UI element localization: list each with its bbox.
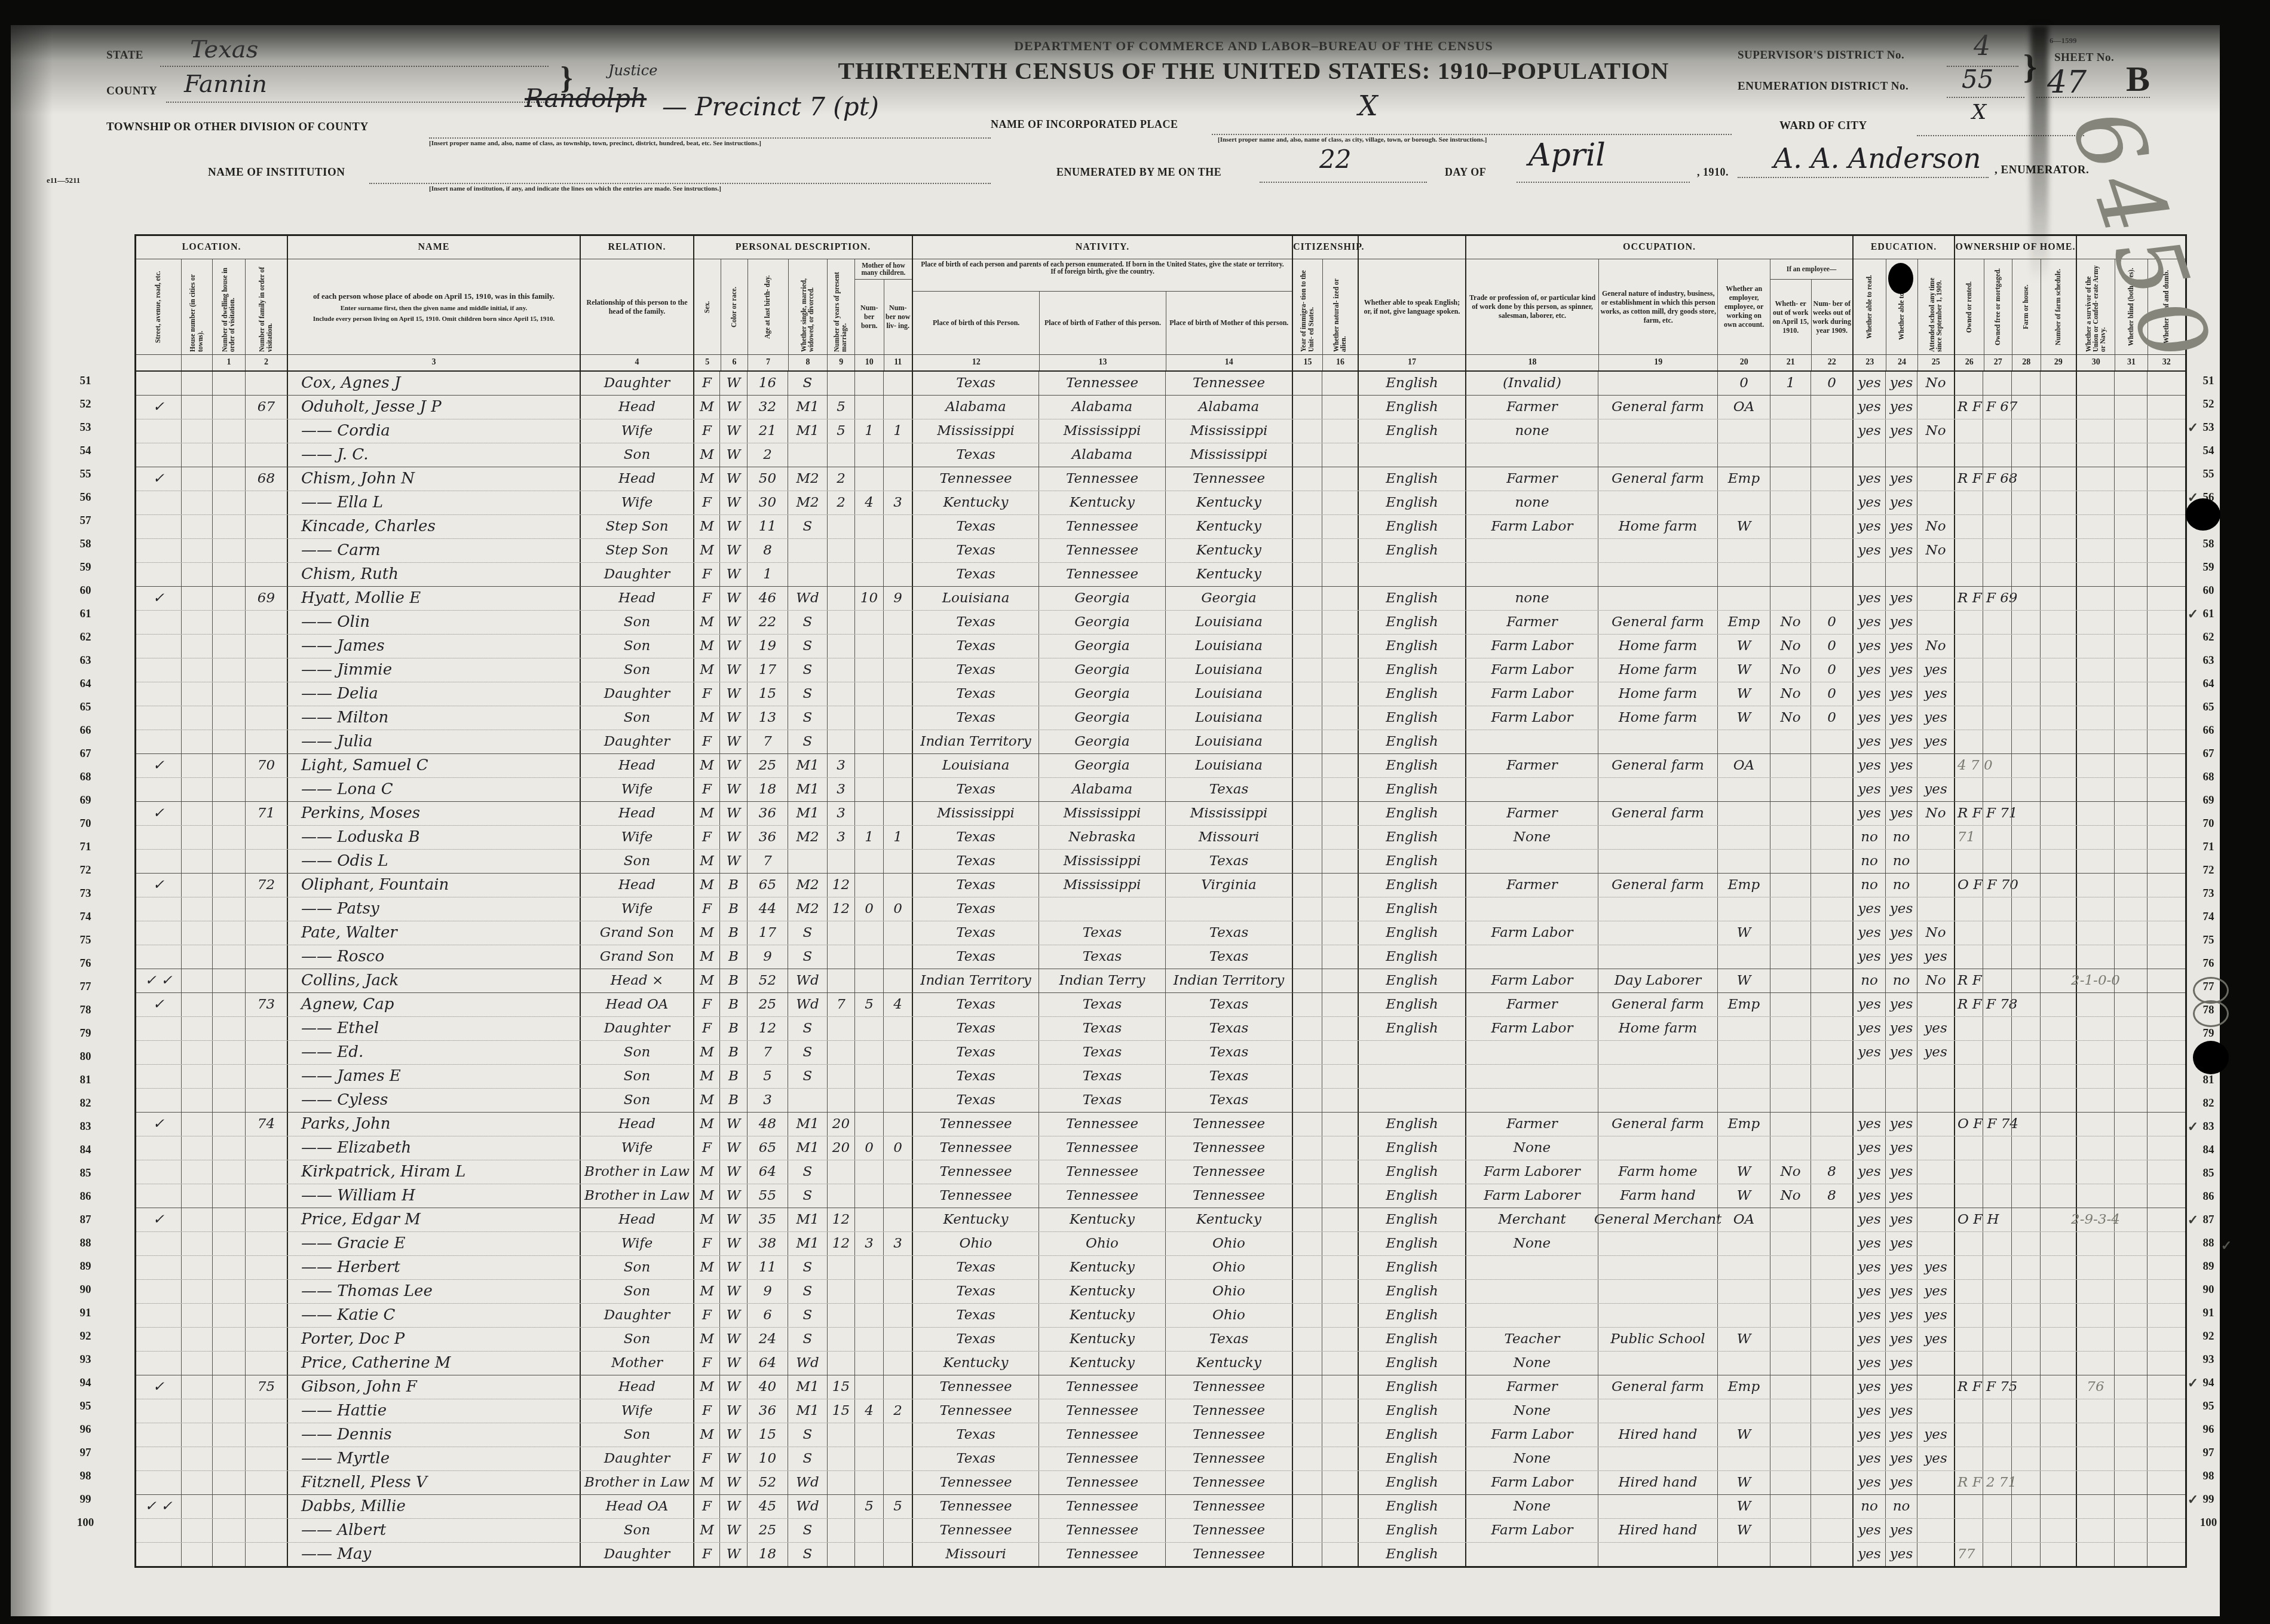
cell-yrs: 15 (827, 1399, 854, 1423)
entry-mar: M1 (796, 754, 819, 777)
cell-sched (2040, 1399, 2076, 1423)
entry-sex: F (702, 1543, 712, 1566)
cell-free (1983, 1543, 2011, 1566)
entry-rd: yes (1858, 587, 1880, 610)
enumerator-signature: A. A. Anderson (1773, 142, 1981, 174)
cell-blind (2114, 1375, 2147, 1399)
cell-street (136, 1328, 181, 1351)
entry-age: 64 (759, 1160, 776, 1184)
entry-color: W (727, 1136, 741, 1160)
cell-street (136, 921, 181, 945)
punch-hole (2186, 498, 2220, 531)
cell-street (136, 539, 181, 562)
cell-rd: yes (1852, 1399, 1885, 1423)
entry-out: No (1781, 682, 1801, 706)
cell-own: R F (1954, 969, 1983, 992)
line-number-right: 70 (2191, 812, 2226, 835)
cell-street (136, 1280, 181, 1303)
cell-imm (1292, 778, 1322, 801)
cell-sex: F (693, 1232, 719, 1255)
cell-sex: M (693, 1328, 719, 1351)
entry-bm: Texas (1209, 945, 1249, 969)
cell-free (1983, 897, 2011, 921)
cell-mar: M1 (788, 802, 827, 825)
group-title: CITIZENSHIP. (1293, 236, 1358, 259)
line-number-left: 67 (68, 742, 103, 765)
cell-cl (883, 515, 912, 538)
cell-out (1770, 874, 1811, 897)
cell-age: 52 (747, 1471, 788, 1494)
ed-label: ENUMERATION DISTRICT No. (1738, 80, 1908, 93)
entry-cl: 3 (893, 1232, 902, 1255)
entry-bf: Tennessee (1066, 1495, 1138, 1518)
cell-house (181, 1519, 212, 1542)
entry-bp: Texas (956, 1304, 995, 1327)
cell-own (1954, 1160, 1983, 1184)
cell-bm: Virginia (1165, 874, 1292, 897)
cell-rel: Son (580, 611, 693, 634)
cell-house (181, 1256, 212, 1279)
entry-name: Chism, John N (301, 467, 415, 491)
entry-bm: Texas (1209, 1328, 1249, 1351)
cell-age: 24 (747, 1328, 788, 1351)
cell-rd: yes (1852, 587, 1885, 610)
entry-name: —— Herbert (301, 1256, 400, 1279)
entry-color: B (728, 1089, 739, 1112)
cell-yrs (827, 1017, 854, 1040)
table-row-71: —— Odis LSonMW7TexasMississippiTexasEngl… (136, 850, 2185, 874)
cell-sch: No (1917, 419, 1954, 443)
entry-emp: W (1737, 921, 1751, 945)
cell-lang: English (1358, 1495, 1465, 1518)
cell-rel: Son (580, 658, 693, 682)
entry-bm: Louisiana (1195, 754, 1263, 777)
cell-mar: S (788, 682, 827, 706)
cell-mar: S (788, 1328, 827, 1351)
cell-house (181, 682, 212, 706)
cell-bp: Indian Territory (912, 969, 1038, 992)
cell-rd: yes (1852, 491, 1885, 514)
cell-sex: F (693, 1399, 719, 1423)
entry-age: 9 (763, 1280, 772, 1303)
entry-sch: yes (1924, 778, 1947, 801)
cell-occ: Farmer (1465, 1113, 1598, 1136)
line-number-left: 71 (68, 835, 103, 859)
entry-bm: Indian Territory (1174, 969, 1284, 992)
entry-rd: yes (1858, 1399, 1880, 1423)
entry-sch: No (1926, 969, 1946, 992)
line-number-right: 73 (2191, 882, 2226, 905)
cell-own (1954, 730, 1983, 753)
entry-bm: Texas (1209, 1041, 1249, 1064)
cell-ind: Home farm (1598, 706, 1717, 730)
entry-wr: yes (1890, 778, 1913, 801)
cell-dwell (212, 419, 245, 443)
cell-blind (2114, 1065, 2147, 1088)
column-number-imm: 15 (1293, 354, 1322, 370)
cell-fh (2011, 754, 2040, 777)
entry-cl: 1 (893, 419, 902, 443)
cell-imm (1292, 969, 1322, 992)
cell-ind (1598, 1447, 1717, 1470)
entry-rd: yes (1858, 1447, 1880, 1470)
cell-cl: 3 (883, 1232, 912, 1255)
cell-dwell (212, 372, 245, 395)
entry-bf: Tennessee (1066, 372, 1138, 395)
cell-own (1954, 635, 1983, 658)
cell-blind (2114, 419, 2147, 443)
cell-cb (854, 611, 883, 634)
entry-occ: None (1514, 1399, 1551, 1423)
line-number-right: 96 (2191, 1418, 2226, 1441)
line-number-right: 54 (2191, 439, 2226, 462)
table-row-68: —— Lona CWifeFW18M13TexasAlabamaTexasEng… (136, 778, 2185, 802)
column-number-wks: 22 (1812, 354, 1853, 370)
cell-name: —— Ella L (287, 491, 580, 514)
cell-house (181, 706, 212, 730)
entry-bm: Tennessee (1193, 1375, 1265, 1399)
entry-name: Fitznell, Pless V (301, 1471, 427, 1494)
cell-ind (1598, 443, 1717, 467)
cell-color: B (719, 1017, 747, 1040)
entry-sex: M (700, 802, 714, 825)
entry-sex: M (700, 969, 714, 992)
table-row-55: ✓68Chism, John NHeadMW50M22TennesseeTenn… (136, 467, 2185, 491)
cell-age: 7 (747, 730, 788, 753)
cell-house (181, 1328, 212, 1351)
entry-mar: S (803, 1519, 813, 1542)
cell-lang: English (1358, 1160, 1465, 1184)
cell-mar: S (788, 372, 827, 395)
cell-sched (2040, 539, 2076, 562)
entry-name: —— Loduska B (301, 826, 420, 849)
entry-bf: Alabama (1072, 443, 1133, 467)
cell-age: 18 (747, 1543, 788, 1566)
cell-bf: Tennessee (1038, 372, 1165, 395)
table-row-92: Price, Catherine MMotherFW64WdKentuckyKe… (136, 1352, 2185, 1375)
cell-sched (2040, 467, 2076, 491)
cell-occ: Farm Labor (1465, 1017, 1598, 1040)
cell-free (1983, 1423, 2011, 1447)
entry-wr: yes (1890, 419, 1913, 443)
cell-cb: 4 (854, 491, 883, 514)
column-label-bf: Place of birth of Father of this person. (1040, 292, 1165, 354)
cell-occ: Farmer (1465, 611, 1598, 634)
entry-rd: yes (1858, 1208, 1880, 1231)
entry-rel: Son (624, 635, 650, 658)
cell-bf: Texas (1038, 1041, 1165, 1064)
cell-bm: Kentucky (1165, 563, 1292, 586)
cell-bm: Tennessee (1165, 1423, 1292, 1447)
entry-bm: Tennessee (1193, 1495, 1265, 1518)
county-value: Fannin (184, 71, 267, 98)
column-header-rel: Relationship of this person to the head … (581, 259, 693, 370)
line-number-left: 55 (68, 462, 103, 486)
cell-lang: English (1358, 1017, 1465, 1040)
cell-ind (1598, 1280, 1717, 1303)
cell-street: ✓ ✓ (136, 969, 181, 992)
cell-name: —— Rosco (287, 945, 580, 969)
cell-nat (1322, 1184, 1358, 1208)
cell-yrs: 3 (827, 802, 854, 825)
entry-sch: No (1926, 515, 1946, 538)
entry-sch: yes (1924, 1423, 1947, 1447)
column-header-fam: Number of family in order of visitation.… (245, 259, 287, 370)
cell-name: —— Odis L (287, 850, 580, 873)
cell-dwell (212, 539, 245, 562)
cell-dwell (212, 515, 245, 538)
entry-yrs: 3 (837, 802, 845, 825)
cell-imm (1292, 1304, 1322, 1327)
cell-occ (1465, 1256, 1598, 1279)
entry-rel: Mother (611, 1352, 663, 1375)
place-label: NAME OF INCORPORATED PLACE (991, 118, 1178, 131)
cell-nat (1322, 730, 1358, 753)
cell-yrs (827, 850, 854, 873)
cell-fam (245, 1352, 287, 1375)
cell-sch (1917, 1065, 1954, 1088)
entry-lang: English (1386, 658, 1438, 682)
cell-imm (1292, 826, 1322, 849)
entry-rel: Daughter (604, 1543, 670, 1566)
cell-sched (2040, 921, 2076, 945)
cell-deaf (2147, 802, 2185, 825)
cell-free (1983, 1017, 2011, 1040)
cell-nat (1322, 1543, 1358, 1566)
entry-rel: Step Son (605, 515, 668, 538)
cell-fam: 67 (245, 396, 287, 419)
cell-wr: yes (1885, 1304, 1917, 1327)
cell-occ: Farm Labor (1465, 658, 1598, 682)
cell-wr: no (1885, 826, 1917, 849)
column-label-wks: Num- ber of weeks out of work during yea… (1812, 280, 1853, 354)
entry-name: Dabbs, Millie (301, 1495, 406, 1518)
cell-lang: English (1358, 897, 1465, 921)
entry-color: W (727, 1519, 741, 1542)
column-header-name: of each person whose place of abode on A… (288, 259, 580, 370)
cell-nat (1322, 897, 1358, 921)
entry-rd: yes (1858, 515, 1880, 538)
table-row-61: —— OlinSonMW22STexasGeorgiaLouisianaEngl… (136, 611, 2185, 635)
cell-wks (1811, 1495, 1852, 1518)
cell-ind: General farm (1598, 467, 1717, 491)
entry-bp: Louisiana (942, 587, 1010, 610)
cell-occ (1465, 850, 1598, 873)
cell-bp: Texas (912, 1328, 1038, 1351)
cell-sex: F (693, 826, 719, 849)
cell-name: Collins, Jack (287, 969, 580, 992)
entry-name: Hyatt, Mollie E (301, 587, 421, 610)
cell-rd: yes (1852, 396, 1885, 419)
cell-name: —— Julia (287, 730, 580, 753)
cell-color: B (719, 993, 747, 1016)
cell-bm: Texas (1165, 1041, 1292, 1064)
cell-bf: Alabama (1038, 396, 1165, 419)
cell-sch: yes (1917, 945, 1954, 969)
entry-wr: yes (1890, 897, 1913, 921)
cell-fam (245, 611, 287, 634)
cell-own (1954, 921, 1983, 945)
line-number-left: 51 (68, 369, 103, 393)
entry-cl: 4 (893, 993, 902, 1016)
cell-color: W (719, 1328, 747, 1351)
column-header-lang: Whether able to speak English; or, if no… (1359, 259, 1465, 370)
cell-age: 8 (747, 539, 788, 562)
entry-bf: Kentucky (1070, 1256, 1135, 1279)
entry-sex: M (700, 1208, 714, 1231)
entry-name: —— Cyless (301, 1089, 388, 1112)
cell-color: W (719, 1208, 747, 1231)
cell-bf: Georgia (1038, 730, 1165, 753)
cell-rd: yes (1852, 1184, 1885, 1208)
cell-occ: Farmer (1465, 993, 1598, 1016)
cell-bp: Texas (912, 826, 1038, 849)
cell-occ: Farm Labor (1465, 969, 1598, 992)
cell-lang: English (1358, 515, 1465, 538)
column-label-street: Street, avenue, road, etc. (136, 259, 181, 354)
entry-bm: Mississippi (1190, 802, 1268, 825)
entry-name: —— Odis L (301, 850, 388, 873)
cell-age: 19 (747, 635, 788, 658)
cell-bf: Alabama (1038, 778, 1165, 801)
cell-age: 18 (747, 778, 788, 801)
entry-ind: General farm (1612, 611, 1704, 634)
cell-out (1770, 1304, 1811, 1327)
cell-fam (245, 515, 287, 538)
cell-rd: yes (1852, 706, 1885, 730)
cell-out (1770, 1352, 1811, 1375)
column-group-misc: Whether able to speak English; or, if no… (1358, 236, 1465, 370)
cell-deaf (2147, 1280, 2185, 1303)
cell-nat (1322, 802, 1358, 825)
cell-cb (854, 467, 883, 491)
entry-sex: M (700, 1328, 714, 1351)
cell-bm: Ohio (1165, 1280, 1292, 1303)
cell-occ (1465, 1089, 1598, 1112)
cell-lang (1358, 1089, 1465, 1112)
cell-color: W (719, 1375, 747, 1399)
cell-cl (883, 1423, 912, 1447)
cell-house (181, 802, 212, 825)
cell-sch: No (1917, 802, 1954, 825)
cell-fh (2011, 945, 2040, 969)
cell-cl: 3 (883, 491, 912, 514)
cell-emp (1717, 1447, 1770, 1470)
entry-sex: M (700, 1423, 714, 1447)
entry-yrs: 12 (832, 1208, 850, 1231)
column-header-imm: Year of immigra- tion to the Unit- ed St… (1293, 259, 1322, 370)
cell-cl (883, 706, 912, 730)
entry-lang: English (1386, 706, 1438, 730)
line-number-right: 89 (2191, 1255, 2226, 1278)
cell-age: 25 (747, 1519, 788, 1542)
entry-bf: Texas (1083, 1089, 1122, 1112)
cell-bm: Texas (1165, 945, 1292, 969)
entry-mar: S (803, 658, 813, 682)
cell-out (1770, 1543, 1811, 1566)
entry-bm: Tennessee (1193, 1399, 1265, 1423)
cell-street (136, 1136, 181, 1160)
cell-street (136, 897, 181, 921)
entry-age: 17 (759, 921, 776, 945)
cell-rd: no (1852, 874, 1885, 897)
cell-bm: Ohio (1165, 1256, 1292, 1279)
cell-sex: M (693, 635, 719, 658)
cell-fh (2011, 706, 2040, 730)
cell-bm: Kentucky (1165, 1352, 1292, 1375)
cell-age: 21 (747, 419, 788, 443)
cell-house (181, 1375, 212, 1399)
cell-bm (1165, 897, 1292, 921)
cell-fam (245, 682, 287, 706)
entry-mar: S (803, 921, 813, 945)
entry-rel: Wife (621, 826, 653, 849)
entry-bp: Mississippi (937, 802, 1015, 825)
table-row-54: —— J. C.SonMW2TexasAlabamaMississippi (136, 443, 2185, 467)
entry-street: ✓ (153, 754, 164, 777)
column-label-out: Wheth- er out of work on April 15, 1910. (1770, 280, 1811, 354)
entry-sex: F (702, 563, 712, 586)
cell-occ: None (1465, 1447, 1598, 1470)
table-row-89: —— Thomas LeeSonMW9STexasKentuckyOhioEng… (136, 1280, 2185, 1304)
cell-name: Porter, Doc P (287, 1328, 580, 1351)
cell-sex: F (693, 563, 719, 586)
cell-rd: yes (1852, 635, 1885, 658)
entry-yrs: 3 (837, 754, 845, 777)
cell-emp: W (1717, 1328, 1770, 1351)
entry-rd: yes (1858, 635, 1880, 658)
cell-ind: General Merchant (1598, 1208, 1717, 1231)
entry-name: —— Delia (301, 682, 378, 706)
table-row-76: ✓ ✓Collins, JackHead ×MB52WdIndian Terri… (136, 969, 2185, 993)
cell-out (1770, 1017, 1811, 1040)
column-number-free: 27 (1984, 354, 2012, 370)
entry-lang: English (1386, 993, 1438, 1016)
cell-wks: 0 (1811, 706, 1852, 730)
cell-blind (2114, 1543, 2147, 1566)
entry-mar: M2 (796, 826, 819, 849)
entry-occ: Farmer (1506, 754, 1558, 777)
entry-mar: M1 (796, 419, 819, 443)
entry-bp: Texas (956, 1065, 995, 1088)
cell-yrs (827, 1065, 854, 1088)
cell-ind: General farm (1598, 993, 1717, 1016)
entry-age: 7 (763, 1041, 772, 1064)
entry-fam: 75 (258, 1375, 275, 1399)
entry-wr: yes (1890, 611, 1913, 634)
line-number-right: 87 (2191, 1208, 2226, 1231)
cell-age: 1 (747, 563, 788, 586)
entry-emp: OA (1733, 754, 1754, 777)
cell-cl (883, 563, 912, 586)
entry-mar: S (803, 611, 813, 634)
cell-wks (1811, 539, 1852, 562)
entry-bf: Tennessee (1066, 1375, 1138, 1399)
entry-own: 71 (1957, 826, 1975, 849)
entry-name: —— Ethel (301, 1017, 379, 1040)
entry-sex: F (702, 1232, 712, 1255)
fold-shadow (2030, 25, 2048, 282)
cell-free (1983, 635, 2011, 658)
cell-cb (854, 1256, 883, 1279)
entry-ind: Hired hand (1618, 1519, 1697, 1542)
cell-cl (883, 372, 912, 395)
cell-bf: Georgia (1038, 682, 1165, 706)
cell-wr: yes (1885, 921, 1917, 945)
entry-bf: Texas (1083, 945, 1122, 969)
group-title: OWNERSHIP OF HOME. (1955, 236, 2076, 259)
table-row-70: —— Loduska BWifeFW36M2311TexasNebraskaMi… (136, 826, 2185, 850)
